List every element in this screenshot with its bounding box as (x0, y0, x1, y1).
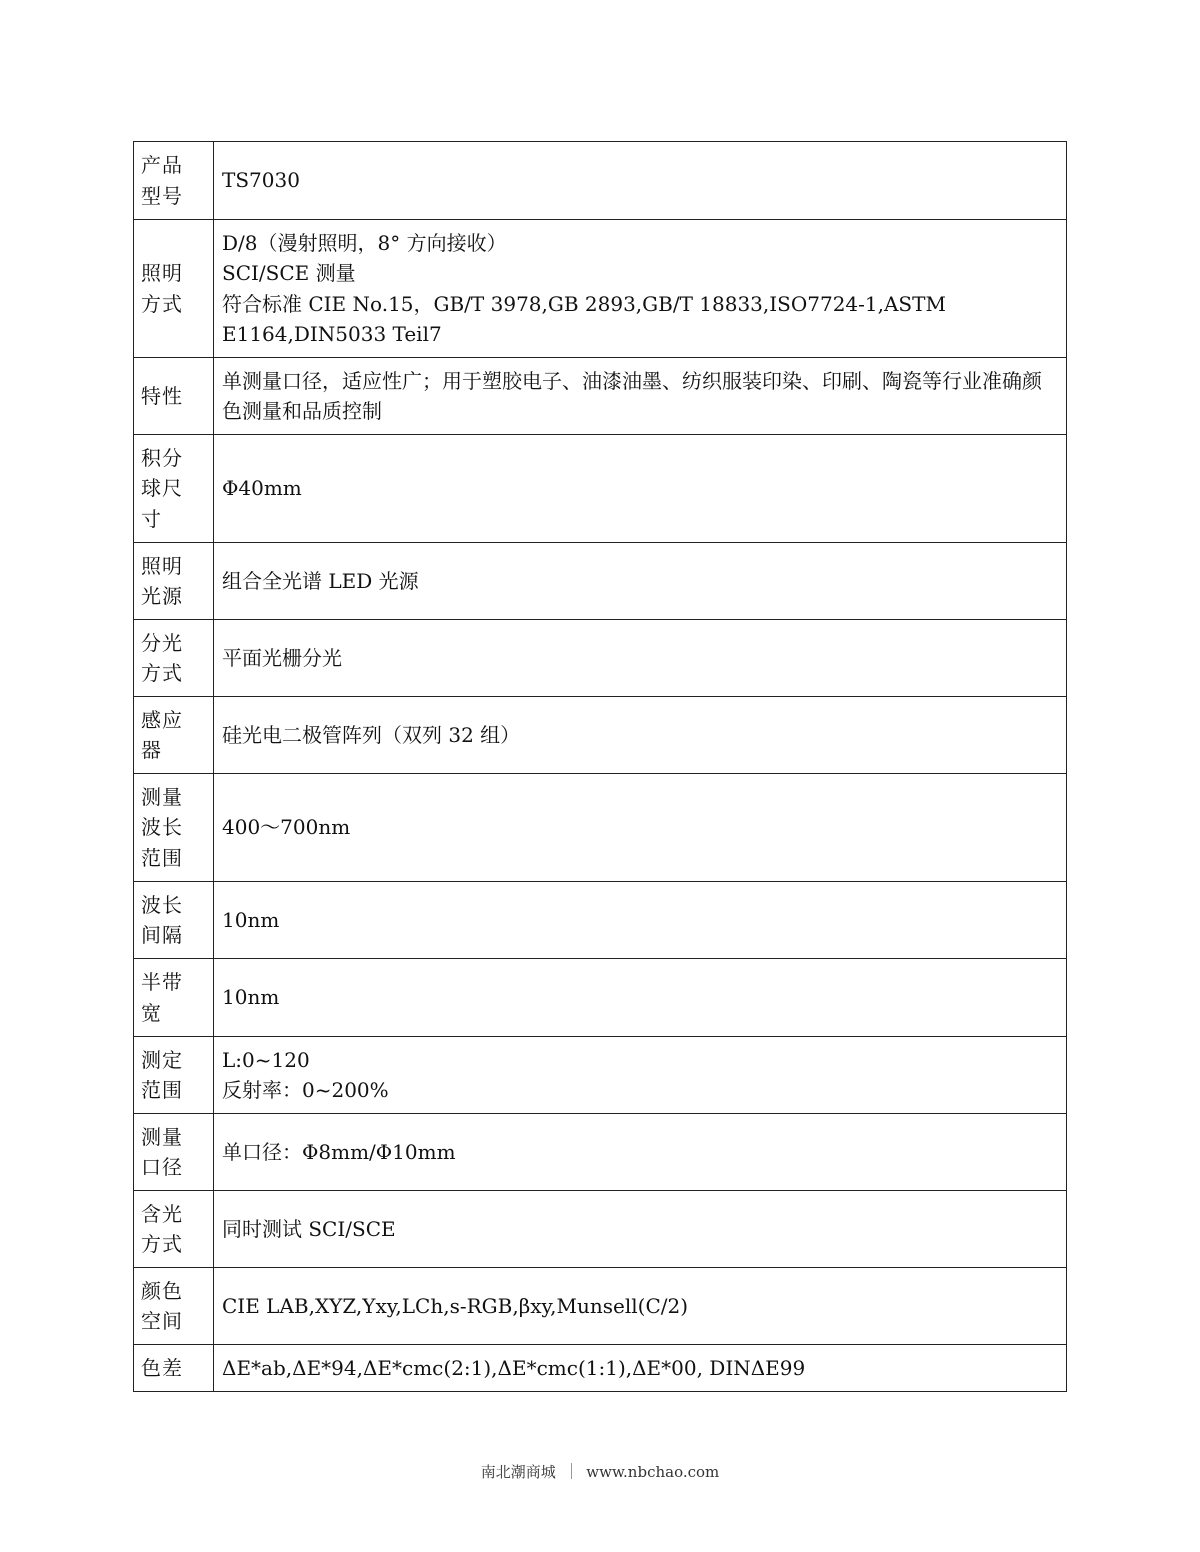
spec-value: D/8（漫射照明，8° 方向接收） SCI/SCE 测量 符合标准 CIE No… (214, 220, 1067, 358)
table-row: 测量 波长 范围400～700nm (134, 774, 1067, 882)
spec-value: ΔE*ab,ΔE*94,ΔE*cmc(2:1),ΔE*cmc(1:1),ΔE*0… (214, 1345, 1067, 1392)
spec-value: 10nm (214, 882, 1067, 959)
spec-label: 积分 球尺 寸 (134, 435, 214, 543)
spec-value: CIE LAB,XYZ,Yxy,LCh,s-RGB,βxy,Munsell(C/… (214, 1268, 1067, 1345)
table-row: 积分 球尺 寸Φ40mm (134, 435, 1067, 543)
footer-site-name: 南北潮商城 (481, 1463, 556, 1481)
table-row: 特性单测量口径，适应性广；用于塑胶电子、油漆油墨、纺织服装印染、印刷、陶瓷等行业… (134, 358, 1067, 435)
page-footer: 南北潮商城 www.nbchao.com (0, 1461, 1200, 1482)
spec-label: 色差 (134, 1345, 214, 1392)
spec-label: 产品 型号 (134, 142, 214, 220)
table-row: 感应 器硅光电二极管阵列（双列 32 组） (134, 697, 1067, 774)
table-row: 照明 方式D/8（漫射照明，8° 方向接收） SCI/SCE 测量 符合标准 C… (134, 220, 1067, 358)
spec-label: 分光 方式 (134, 620, 214, 697)
spec-value: TS7030 (214, 142, 1067, 220)
table-row: 产品 型号TS7030 (134, 142, 1067, 220)
spec-label: 含光 方式 (134, 1191, 214, 1268)
table-row: 测量 口径单口径：Φ8mm/Φ10mm (134, 1114, 1067, 1191)
spec-label: 半带 宽 (134, 959, 214, 1037)
table-row: 颜色 空间CIE LAB,XYZ,Yxy,LCh,s-RGB,βxy,Munse… (134, 1268, 1067, 1345)
spec-table-body: 产品 型号TS7030照明 方式D/8（漫射照明，8° 方向接收） SCI/SC… (134, 142, 1067, 1392)
spec-table: 产品 型号TS7030照明 方式D/8（漫射照明，8° 方向接收） SCI/SC… (133, 141, 1067, 1392)
table-row: 测定 范围L:0~120 反射率：0~200% (134, 1037, 1067, 1114)
table-row: 波长 间隔10nm (134, 882, 1067, 959)
spec-label: 感应 器 (134, 697, 214, 774)
table-row: 分光 方式平面光栅分光 (134, 620, 1067, 697)
spec-value: 单测量口径，适应性广；用于塑胶电子、油漆油墨、纺织服装印染、印刷、陶瓷等行业准确… (214, 358, 1067, 435)
spec-label: 测量 口径 (134, 1114, 214, 1191)
spec-value: Φ40mm (214, 435, 1067, 543)
table-row: 半带 宽10nm (134, 959, 1067, 1037)
table-row: 照明 光源组合全光谱 LED 光源 (134, 543, 1067, 620)
table-row: 色差ΔE*ab,ΔE*94,ΔE*cmc(2:1),ΔE*cmc(1:1),ΔE… (134, 1345, 1067, 1392)
spec-label: 照明 光源 (134, 543, 214, 620)
spec-value: 组合全光谱 LED 光源 (214, 543, 1067, 620)
footer-divider (571, 1463, 572, 1479)
spec-value: 平面光栅分光 (214, 620, 1067, 697)
spec-label: 测定 范围 (134, 1037, 214, 1114)
spec-value: 10nm (214, 959, 1067, 1037)
table-row: 含光 方式同时测试 SCI/SCE (134, 1191, 1067, 1268)
spec-label: 照明 方式 (134, 220, 214, 358)
spec-value: 单口径：Φ8mm/Φ10mm (214, 1114, 1067, 1191)
spec-label: 特性 (134, 358, 214, 435)
spec-value: L:0~120 反射率：0~200% (214, 1037, 1067, 1114)
spec-value: 400～700nm (214, 774, 1067, 882)
spec-value: 硅光电二极管阵列（双列 32 组） (214, 697, 1067, 774)
spec-label: 颜色 空间 (134, 1268, 214, 1345)
footer-url: www.nbchao.com (586, 1463, 719, 1481)
spec-label: 测量 波长 范围 (134, 774, 214, 882)
spec-label: 波长 间隔 (134, 882, 214, 959)
spec-value: 同时测试 SCI/SCE (214, 1191, 1067, 1268)
